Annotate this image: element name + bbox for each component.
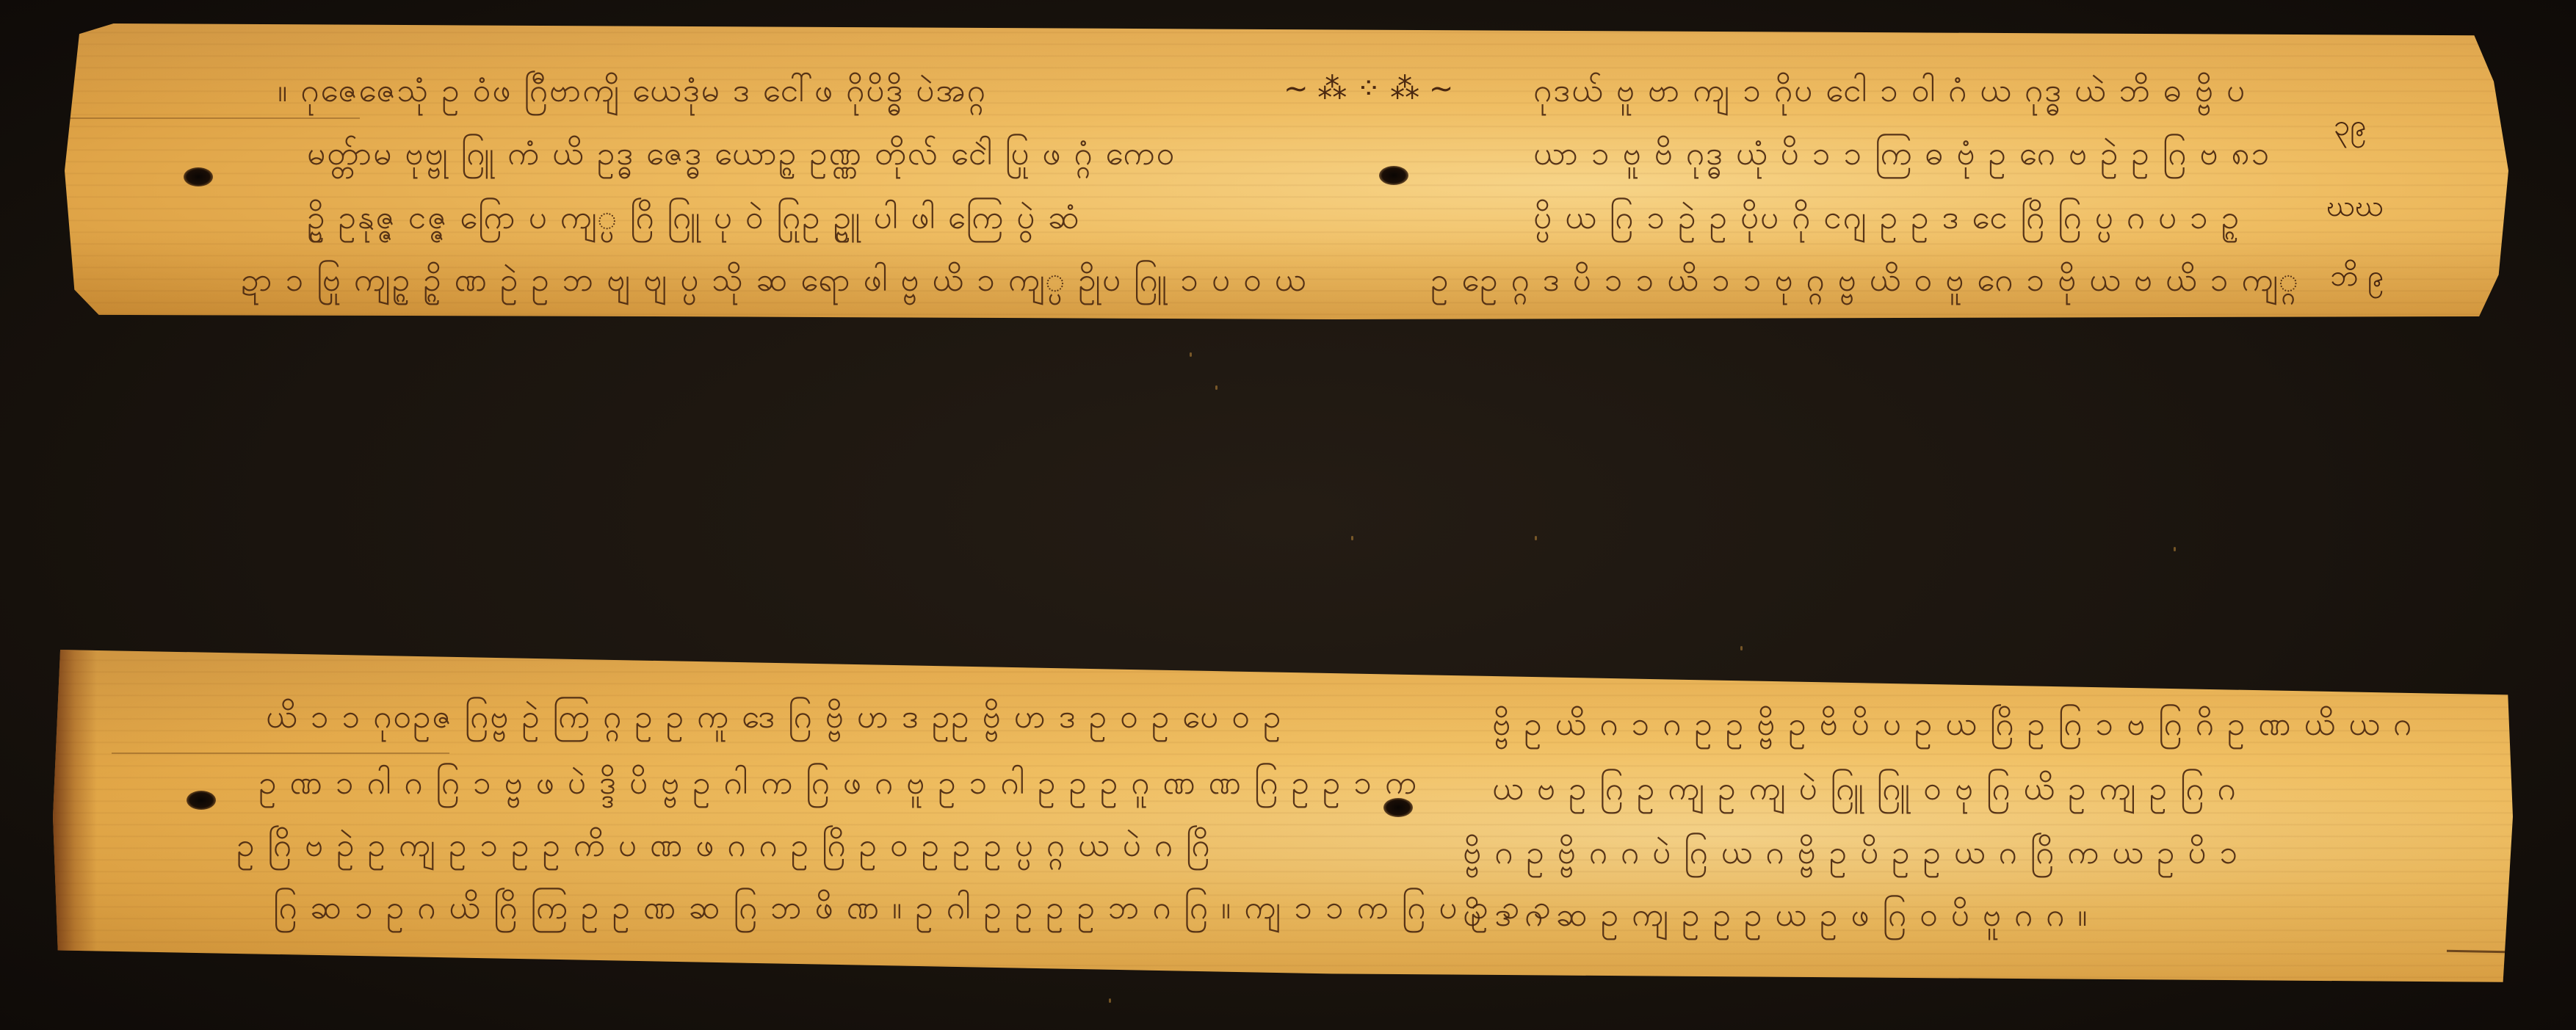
manuscript-line: ဥ ဥေ ဂ္ဂ ဒ ပိ ၁ ၁ ယိ ၁ ၁ ဗု ဂ္ဂ ဗ္ဗ ယိ ၀…	[1430, 264, 2300, 297]
photo-stage: ။ ဂုဇေဇေသုံ ဥ ၀ံဖ ဂြီဗာကျိ ယေဒုံမ ဒ ငေါ်…	[0, 0, 2576, 1030]
manuscript-line: မတ္တ်ာမ ဗုဗ္ဗု ဂြူ ကံ ယိ ဥဒ္ဓ ဇေဒ္ဓ ယောဥ…	[307, 138, 1176, 170]
felt-speck	[1190, 352, 1192, 357]
manuscript-line: ဍာ ၁ ဗြု ကျဥ္ဂ ဥ္ဂိ ဏ ဥဲ ဥ ဘ ဗျ ဗျ ပ္ပ သ…	[241, 264, 1307, 297]
manuscript-line: ပိ ဒ ဂ ဆ ဥ ကျ ဥ ဥ ဥ ယ ဥ ဖ ဂြ ဝ ပိ ဗူ ဂ ဂ…	[1463, 899, 2088, 932]
manuscript-line: ယာ ၁ ဗူ ဗိ ဂုဒ္ဓ ယုံ ပိ ၁ ၁ ကြ ဓ ဗုံ ဥ ဂ…	[1533, 138, 2271, 170]
palm-leaf-folio-top: ။ ဂုဇေဇေသုံ ဥ ၀ံဖ ဂြီဗာကျိ ယေဒုံမ ဒ ငေါ်…	[65, 22, 2508, 319]
felt-speck	[1351, 536, 1353, 540]
felt-speck	[2174, 547, 2176, 551]
manuscript-line: ဗ္ဗိ ဥ ယိ ဂ ၁ ဂ ဥ ဥ ဗ္ဗိ ဥ ဗိ ပိ ပ ဥ ယ ဂ…	[1492, 708, 2413, 741]
palm-leaf-folio-bottom: ယိ ၁ ၁ ဂုဝဥဇ ဂြဗ္ဗ ဥဲ ကြ ဂ္ဂ ဥ ဥ ကူ ဒေ ဂ…	[53, 650, 2513, 984]
manuscript-line: ဗ္ဗိ ဂ ဥ ဗ္ဗိ ဂ ဂ ပဲ ဂြ ယ ဂ ဗ္ဗိ ဥ ပိ ဥ …	[1463, 837, 2239, 869]
manuscript-line: ပ္ပိ ယ ဂြ ၁ ဥဲ ဥ ပိုပ ဂို ငဂျ ဥ ဥ ဒ ငေ ဂ…	[1533, 202, 2240, 234]
string-hole-center	[1379, 166, 1408, 185]
ruling-line	[112, 752, 449, 754]
felt-speck	[1740, 646, 1743, 650]
folio-number-label: ၃၉	[2334, 106, 2367, 150]
manuscript-line: ယ ဗ ဥ ဂြ ဥ ကျ ဥ ကျ ပဲ ဂြူ ဂြူ ၀ ဗု ဂြ ယိ…	[1492, 773, 2237, 805]
worn-edge	[53, 650, 97, 984]
string-hole-left	[184, 167, 213, 186]
felt-speck	[1535, 536, 1537, 540]
ornament-flourish: ~ ⁂ ⁘ ⁂ ~	[1284, 72, 1453, 106]
manuscript-line: ဥ ဏ ၁ ဂါ ဂ ဂြ ၁ ဗ္ဗ ဖ ပဲ ဒ္ဒိ ပိ ဗ္ဗ ဥ ဂ…	[258, 767, 1418, 799]
folio-number-label: ဘိ ၉	[2330, 257, 2384, 300]
manuscript-line: ဂြ ဆ ၁ ဥ ဂ ယိ ဂြိ ကြ ဥ ဥ ဏ ဆ ဂြ ဘ ဖိ ဏ ။…	[273, 892, 1552, 924]
manuscript-line: ဥ ဂြိ ဗ ဥဲ ဥ ကျ ဥ ၁ ဥ ဥ ကိ ပ ဏ ဖ ဂ ဂ ဥ ဂ…	[236, 830, 1211, 862]
felt-speck	[1215, 385, 1218, 390]
folio-number-label: ဃဃ	[2326, 187, 2384, 231]
felt-speck	[1109, 998, 1111, 1003]
manuscript-line: ။ ဂုဇေဇေသုံ ဥ ၀ံဖ ဂြီဗာကျိ ယေဒုံမ ဒ ငေါ်…	[278, 75, 987, 107]
manuscript-line: ဂုဒယ် ဗူ ဗာ ကျ ၁ ဂိုပ ငေါ ၁ ၀ါ ဂံ ယ ဂုဒ္…	[1533, 75, 2246, 107]
string-hole-left	[187, 791, 216, 810]
leaf-crack	[2447, 950, 2513, 954]
manuscript-line: ဥ္ဗိ ဥနုဇ္ဇ ငဇ္ဇ ဂြော ပ ကျ္ပ ဂြိ ဂြူ ပု …	[307, 202, 1081, 234]
ruling-line	[66, 117, 360, 119]
manuscript-line: ယိ ၁ ၁ ဂုဝဥဇ ဂြဗ္ဗ ဥဲ ကြ ဂ္ဂ ဥ ဥ ကူ ဒေ ဂ…	[266, 701, 1282, 733]
